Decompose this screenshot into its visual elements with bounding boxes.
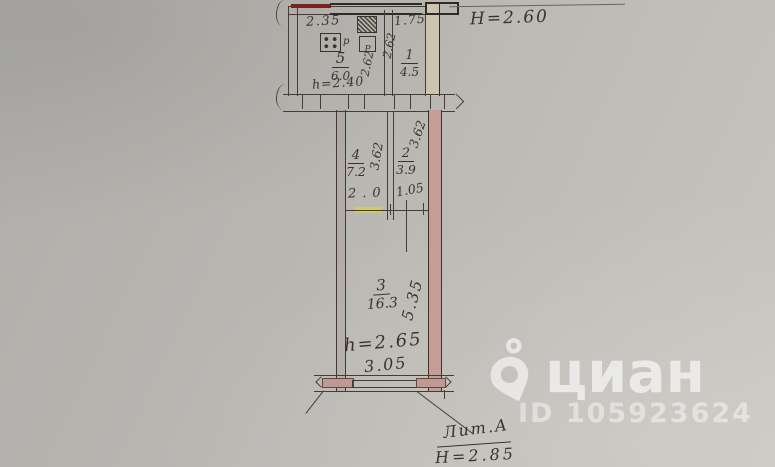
wall-tick — [444, 94, 445, 109]
dim-room2-depth: 3.62 — [408, 119, 428, 149]
room-area: 16.3 — [366, 294, 398, 312]
room-label-1: 1 4.5 — [400, 44, 419, 78]
room-number: 1 — [401, 49, 417, 64]
room-number: 4 — [348, 149, 364, 164]
dim-kitchen-ceiling: h=2.40 — [312, 75, 365, 91]
room-number: 2 — [398, 147, 414, 162]
wall-tick — [430, 94, 431, 109]
dim-end-tick — [423, 203, 424, 215]
room-area: 7.2 — [346, 164, 366, 179]
room-label-3: 3 16.3 — [365, 274, 399, 312]
dim-kitchen-depth2: 2.62 — [382, 32, 399, 59]
wall-tick — [410, 94, 411, 109]
wall-tick — [320, 94, 321, 109]
litera-label: Лит.А — [442, 417, 509, 441]
wall-tick — [348, 94, 349, 109]
dim-room4-depth: 3.62 — [368, 141, 385, 171]
watermark-id: ID 105923624 — [518, 398, 753, 429]
leader-tail-left — [305, 390, 324, 413]
wall-tick — [364, 94, 365, 109]
wall-tick — [394, 94, 395, 109]
dim-room3-depth: 5.35 — [400, 277, 426, 322]
dim-room3-ceiling: h=2.65 — [343, 331, 423, 356]
top-right-corner — [425, 2, 459, 15]
wall-tick — [302, 94, 303, 109]
top-right-wall — [425, 2, 440, 96]
room-number: 3 — [372, 277, 391, 295]
litera-height: Н=2.85 — [435, 446, 517, 466]
stove-letter: р — [343, 37, 349, 47]
dim-end-tick — [345, 204, 346, 215]
bottom-window — [352, 380, 418, 388]
watermark-brand: циан — [545, 340, 705, 406]
main-right-wall — [428, 110, 442, 392]
room-area: 3.9 — [396, 162, 416, 177]
height-note-top: Н=2.60 — [470, 9, 549, 29]
dim-kitchen-width: 2.35 — [306, 14, 342, 29]
dim-room1-width: 1.75 — [394, 13, 427, 28]
dim-room4-width: 2.0 — [348, 186, 387, 200]
dimension-line — [346, 210, 428, 211]
dim-room3-width: 3.05 — [363, 355, 408, 375]
bottom-wall-tick — [444, 390, 445, 399]
room-label-4: 4 7.2 — [346, 144, 366, 179]
bottom-wall-fill-left — [322, 378, 354, 388]
room-number: 5 — [332, 51, 350, 68]
water-heater-icon — [357, 16, 377, 33]
dim-room2-width: 1.05 — [395, 182, 425, 199]
dim-mid-tick — [390, 204, 391, 215]
room-area: 4.5 — [400, 64, 419, 78]
dim-extension-line — [406, 200, 407, 252]
dim-kitchen-depth: 2.62 — [360, 50, 377, 77]
floor-plan-scan: Р р 2.35 5 6.0 h=2.40 2.62 2.62 1.75 1 4… — [0, 0, 775, 467]
